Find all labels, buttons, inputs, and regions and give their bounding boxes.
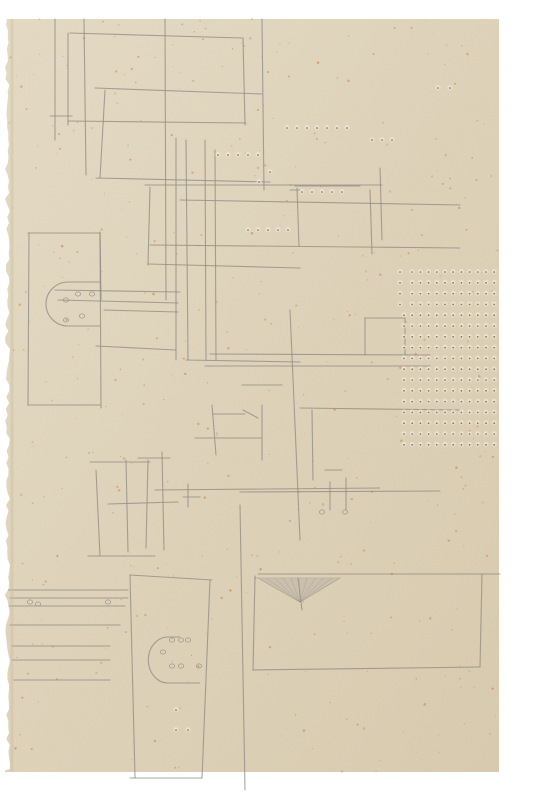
speckle — [88, 452, 90, 454]
perforation-row-hole — [286, 127, 288, 129]
perforation-row-hole — [306, 127, 308, 129]
speckle — [270, 323, 272, 325]
paper-sheet — [0, 0, 538, 800]
speckle — [154, 57, 156, 59]
speckle — [445, 675, 446, 676]
speckle — [260, 281, 262, 283]
speckle — [39, 18, 40, 19]
speckle — [278, 551, 279, 552]
perforation-grid-hole — [436, 282, 438, 284]
speckle — [351, 498, 353, 500]
speckle — [346, 632, 348, 634]
speckle — [101, 228, 103, 230]
perforation-grid-hole — [428, 368, 430, 370]
paper-grain — [5, 19, 499, 772]
perforation-stray-hole — [437, 87, 439, 89]
speckle — [471, 157, 473, 159]
speckle — [8, 122, 10, 124]
perforation-row-hole — [277, 229, 279, 231]
speckle — [410, 27, 412, 29]
speckle — [61, 488, 63, 490]
perforation-row-hole — [227, 154, 229, 156]
speckle — [296, 509, 297, 510]
perforation-grid-hole — [461, 401, 463, 403]
speckle — [33, 445, 34, 446]
perforation-grid-hole — [428, 336, 430, 338]
speckle — [179, 707, 180, 708]
speckle — [455, 466, 458, 469]
perforation-grid-hole — [403, 422, 405, 424]
perforation-grid-hole — [411, 390, 413, 392]
speckle — [173, 232, 174, 233]
speckle — [451, 629, 452, 630]
speckle — [246, 592, 248, 594]
speckle — [458, 207, 460, 209]
speckle — [449, 178, 451, 180]
speckle — [405, 321, 407, 323]
speckle — [317, 61, 320, 64]
speckle — [157, 567, 159, 569]
perforation-grid-hole — [420, 325, 422, 327]
speckle — [32, 502, 34, 504]
speckle — [77, 122, 78, 123]
speckle — [91, 179, 92, 180]
speckle — [337, 561, 339, 563]
speckle — [314, 487, 315, 488]
perforation-grid-hole — [411, 271, 413, 273]
speckle — [437, 504, 439, 506]
perforation-row-hole — [269, 171, 271, 173]
speckle — [325, 142, 326, 143]
perforation-grid-hole — [420, 271, 422, 273]
perforation-grid-hole — [452, 347, 454, 349]
perforation-grid-hole — [469, 390, 471, 392]
speckle — [461, 45, 463, 47]
perforation-row-hole — [237, 154, 239, 156]
speckle — [152, 293, 154, 295]
perforation-grid-hole — [411, 304, 413, 306]
speckle — [43, 584, 45, 586]
speckle — [371, 633, 373, 635]
speckle — [400, 439, 402, 441]
speckle — [118, 24, 120, 26]
perforation-grid-hole — [469, 336, 471, 338]
speckle — [256, 555, 258, 557]
speckle — [257, 109, 259, 111]
speckle — [441, 275, 442, 276]
perforation-grid-hole — [477, 358, 479, 360]
perforation-grid-hole — [411, 412, 413, 414]
speckle — [91, 127, 93, 129]
speckle — [73, 130, 75, 132]
perforation-grid-hole — [403, 347, 405, 349]
perforation-grid-hole — [452, 336, 454, 338]
speckle — [115, 70, 117, 72]
speckle — [340, 555, 342, 557]
speckle — [136, 615, 139, 618]
perforation-grid-hole — [399, 282, 401, 284]
perforation-grid-hole — [428, 422, 430, 424]
speckle — [220, 597, 223, 600]
perforation-grid-hole — [444, 347, 446, 349]
speckle — [87, 328, 89, 330]
speckle — [198, 309, 200, 311]
speckle — [205, 28, 207, 30]
speckle — [120, 456, 121, 457]
speckle — [52, 400, 53, 401]
speckle — [303, 601, 305, 603]
speckle — [27, 673, 29, 675]
perforation-row-hole — [257, 154, 259, 156]
perforation-grid-hole — [428, 304, 430, 306]
perforation-row-hole — [296, 127, 298, 129]
perforation-grid-hole — [428, 282, 430, 284]
speckle — [32, 643, 33, 644]
speckle — [26, 108, 28, 110]
speckle — [154, 240, 156, 242]
speckle — [33, 74, 34, 75]
speckle — [114, 379, 116, 381]
speckle — [314, 132, 316, 134]
speckle — [254, 175, 255, 176]
speckle — [423, 339, 425, 341]
perforation-grid-hole — [452, 401, 454, 403]
perforation-grid-hole — [436, 401, 438, 403]
speckle — [14, 747, 16, 749]
perforation-grid-hole — [477, 390, 479, 392]
perforation-grid-hole — [477, 422, 479, 424]
perforation-grid-hole — [403, 412, 405, 414]
speckle — [462, 488, 464, 490]
speckle — [231, 145, 233, 147]
speckle — [199, 20, 201, 22]
perforation-grid-hole — [420, 379, 422, 381]
perforation-grid-hole — [403, 314, 405, 316]
speckle — [92, 452, 93, 453]
speckle — [473, 686, 474, 687]
perforation-grid-hole — [452, 314, 454, 316]
perforation-grid-hole — [403, 390, 405, 392]
perforation-grid-hole — [485, 433, 487, 435]
perforation-grid-hole — [493, 347, 495, 349]
speckle — [416, 752, 417, 753]
perforation-grid-hole — [485, 368, 487, 370]
perforation-grid-hole — [436, 271, 438, 273]
perforation-grid-hole — [444, 368, 446, 370]
perforation-grid-hole — [493, 422, 495, 424]
speckle — [241, 43, 242, 44]
speckle — [114, 92, 116, 94]
speckle — [37, 145, 38, 146]
speckle — [349, 314, 351, 316]
speckle — [339, 718, 340, 719]
speckle — [104, 193, 105, 194]
perforation-grid-hole — [452, 422, 454, 424]
perforation-grid-hole — [469, 444, 471, 446]
perforation-grid-hole — [411, 401, 413, 403]
perforation-grid-hole — [461, 336, 463, 338]
perforation-grid-hole — [485, 293, 487, 295]
speckle — [236, 576, 237, 577]
speckle — [347, 311, 349, 313]
speckle — [141, 614, 142, 615]
speckle — [425, 20, 426, 21]
perforation-grid-hole — [469, 325, 471, 327]
perforation-grid-hole — [477, 401, 479, 403]
speckle — [441, 453, 442, 454]
perforation-grid-hole — [403, 368, 405, 370]
speckle — [413, 329, 414, 330]
speckle — [126, 236, 127, 237]
speckle — [473, 438, 474, 439]
speckle — [393, 27, 395, 29]
perforation-grid-hole — [452, 282, 454, 284]
speckle — [191, 655, 192, 656]
perforation-grid-hole — [461, 304, 463, 306]
speckle — [45, 381, 46, 382]
perforation-grid-hole — [436, 444, 438, 446]
speckle — [484, 451, 485, 452]
perforation-grid-hole — [469, 433, 471, 435]
perforation-grid-hole — [485, 358, 487, 360]
speckle — [427, 53, 429, 55]
speckle — [362, 255, 364, 257]
perforation-grid-hole — [444, 271, 446, 273]
speckle — [373, 270, 374, 271]
speckle — [466, 736, 467, 737]
speckle — [246, 349, 247, 350]
speckle — [468, 670, 470, 672]
speckle — [172, 66, 173, 67]
speckle — [76, 251, 78, 253]
speckle — [62, 277, 63, 278]
speckle — [459, 665, 461, 667]
speckle — [408, 252, 410, 254]
speckle — [315, 683, 316, 684]
perforation-stray-hole — [175, 709, 177, 711]
speckle — [298, 327, 299, 328]
speckle — [479, 455, 481, 457]
speckle — [134, 566, 135, 567]
perforation-grid-hole — [436, 422, 438, 424]
perforation-grid-hole — [485, 304, 487, 306]
speckle — [172, 660, 173, 661]
speckle — [387, 378, 389, 380]
speckle — [250, 712, 251, 713]
speckle — [123, 457, 126, 460]
speckle — [423, 703, 426, 706]
speckle — [316, 138, 318, 140]
perforation-grid-hole — [420, 293, 422, 295]
speckle — [201, 556, 202, 557]
speckle — [95, 672, 97, 674]
speckle — [348, 35, 350, 37]
speckle — [295, 523, 296, 524]
perforation-grid-hole — [452, 271, 454, 273]
perforation-grid-hole — [420, 401, 422, 403]
speckle — [207, 463, 208, 464]
perforation-grid-hole — [452, 293, 454, 295]
perforation-grid-hole — [420, 304, 422, 306]
perforation-grid-hole — [477, 347, 479, 349]
perforation-grid-hole — [477, 271, 479, 273]
speckle — [347, 79, 350, 82]
speckle — [251, 554, 253, 556]
perforation-grid-hole — [436, 433, 438, 435]
speckle — [226, 549, 228, 551]
speckle — [259, 150, 260, 151]
perforation-grid-hole — [428, 358, 430, 360]
perforation-row-hole — [371, 139, 373, 141]
speckle — [23, 349, 24, 350]
speckle — [370, 521, 371, 522]
perforation-grid-hole — [461, 368, 463, 370]
speckle — [378, 704, 379, 705]
speckle — [269, 454, 270, 455]
speckle — [191, 171, 193, 173]
speckle — [239, 138, 241, 140]
speckle — [222, 66, 223, 67]
perforation-grid-hole — [461, 433, 463, 435]
speckle — [448, 539, 450, 541]
speckle — [491, 242, 492, 243]
speckle — [348, 458, 349, 459]
speckle — [184, 373, 186, 375]
speckle — [454, 83, 456, 85]
speckle — [292, 252, 294, 254]
perforation-grid-hole — [452, 379, 454, 381]
speckle — [61, 245, 64, 248]
perforation-grid-hole — [444, 379, 446, 381]
perforation-row-hole — [316, 127, 318, 129]
speckle — [492, 456, 494, 458]
speckle — [251, 18, 253, 20]
perforation-grid-hole — [436, 347, 438, 349]
perforation-grid-hole — [461, 444, 463, 446]
perforation-grid-hole — [493, 325, 495, 327]
perforation-grid-hole — [461, 314, 463, 316]
perforation-grid-hole — [461, 325, 463, 327]
perforation-row-hole — [311, 191, 313, 193]
speckle — [379, 274, 381, 276]
speckle — [390, 617, 392, 619]
speckle — [363, 727, 365, 729]
perforation-grid-hole — [411, 368, 413, 370]
perforation-grid-hole — [411, 358, 413, 360]
perforation-grid-hole — [452, 368, 454, 370]
perforation-grid-hole — [411, 444, 413, 446]
perforation-grid-hole — [485, 422, 487, 424]
speckle — [356, 477, 357, 478]
speckle — [259, 568, 262, 571]
speckle — [288, 75, 290, 77]
speckle — [464, 197, 465, 198]
perforation-grid-hole — [493, 314, 495, 316]
speckle — [427, 500, 428, 501]
speckle — [309, 750, 310, 751]
perforation-grid-hole — [420, 347, 422, 349]
perforation-grid-hole — [493, 390, 495, 392]
speckle — [53, 252, 55, 254]
speckle — [137, 56, 139, 58]
perforation-grid-hole — [477, 314, 479, 316]
speckle — [333, 319, 334, 320]
speckle — [129, 159, 131, 161]
speckle — [122, 413, 123, 414]
perforation-grid-hole — [420, 444, 422, 446]
speckle — [289, 520, 291, 522]
speckle — [266, 545, 267, 546]
perforation-grid-hole — [428, 293, 430, 295]
speckle — [346, 719, 348, 721]
speckle — [459, 678, 461, 680]
perforation-grid-hole — [493, 412, 495, 414]
speckle — [154, 740, 156, 742]
perforation-grid-hole — [485, 379, 487, 381]
speckle — [168, 333, 169, 334]
speckle — [233, 277, 234, 278]
speckle — [396, 415, 398, 417]
perforation-grid-hole — [469, 282, 471, 284]
speckle — [237, 461, 238, 462]
speckle — [497, 249, 499, 251]
perforation-grid-hole — [420, 368, 422, 370]
speckle — [389, 190, 391, 192]
speckle — [143, 384, 145, 386]
speckle — [419, 620, 420, 621]
speckle — [322, 503, 325, 506]
speckle — [373, 53, 375, 55]
speckle — [409, 222, 410, 223]
speckle — [135, 82, 137, 84]
speckle — [167, 628, 168, 629]
perforation-grid-hole — [469, 358, 471, 360]
speckle — [41, 619, 42, 620]
speckle — [232, 48, 233, 49]
speckle — [144, 292, 145, 293]
perforation-grid-hole — [420, 390, 422, 392]
perforation-row-hole — [217, 154, 219, 156]
speckle — [363, 550, 365, 552]
speckle — [22, 562, 24, 564]
speckle — [336, 77, 338, 79]
perforation-grid-hole — [477, 444, 479, 446]
perforation-grid-hole — [436, 304, 438, 306]
perforation-grid-hole — [444, 433, 446, 435]
perforation-row-hole — [331, 191, 333, 193]
speckle — [484, 124, 485, 125]
perforation-grid-hole — [444, 282, 446, 284]
speckle — [309, 188, 310, 189]
speckle — [173, 575, 175, 577]
perforation-grid-hole — [485, 314, 487, 316]
perforation-row-hole — [287, 229, 289, 231]
speckle — [163, 399, 164, 400]
perforation-grid-hole — [461, 358, 463, 360]
speckle — [25, 291, 27, 293]
speckle — [465, 229, 467, 231]
speckle — [129, 201, 130, 202]
perforation-grid-hole — [436, 368, 438, 370]
speckle — [442, 183, 444, 185]
speckle — [56, 153, 57, 154]
speckle — [375, 770, 377, 772]
speckle — [482, 502, 484, 504]
perforation-grid-hole — [444, 422, 446, 424]
speckle — [330, 64, 331, 65]
speckle — [192, 80, 194, 82]
speckle — [207, 382, 208, 383]
